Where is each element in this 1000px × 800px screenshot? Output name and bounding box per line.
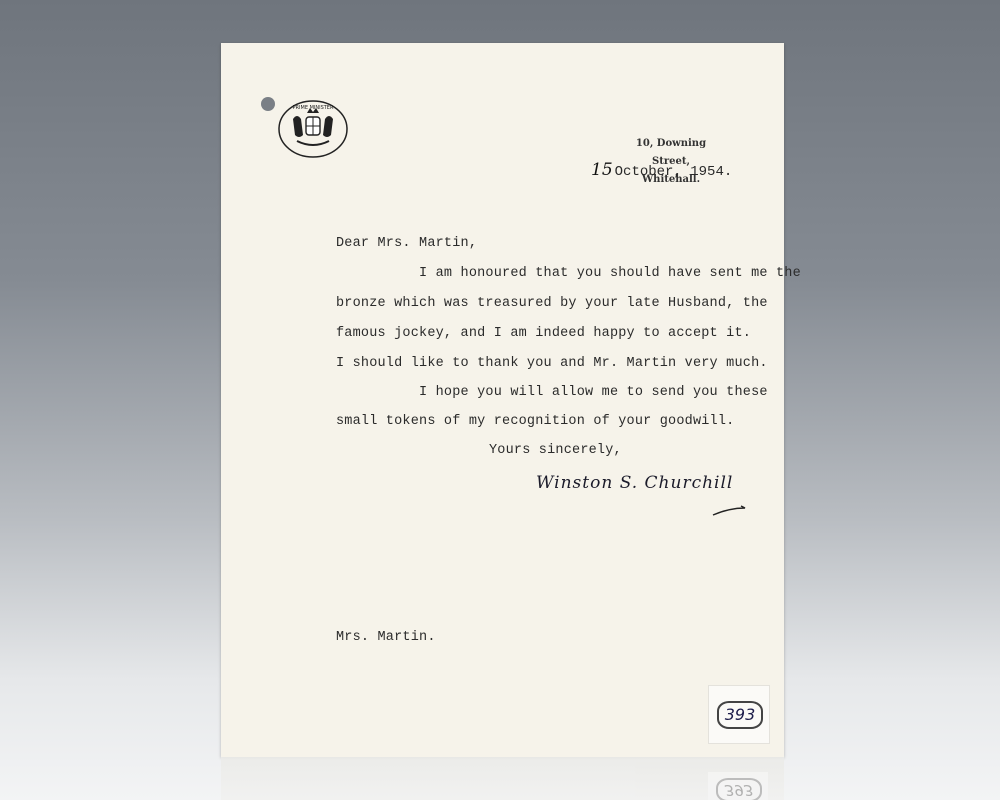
letter-paper: PRIME MINISTER 10, Downing Street, White… [221, 43, 784, 757]
date-month-year: October, 1954. [615, 164, 733, 180]
date-day-handwritten: 15 [591, 160, 613, 180]
salutation: Dear Mrs. Martin, [336, 236, 477, 251]
lot-number: 393 [717, 701, 763, 729]
body-line-4: I should like to thank you and Mr. Marti… [336, 356, 768, 371]
recipient-name: Mrs. Martin. [336, 630, 436, 645]
lot-number-reflection: 393 [716, 778, 762, 800]
body-line-5: I hope you will allow me to send you the… [336, 385, 768, 400]
lot-label-reflection: 393 [708, 772, 768, 800]
letter-date: 15October, 1954. [591, 160, 732, 180]
royal-crest-icon: PRIME MINISTER [277, 99, 349, 159]
paper-reflection: 393 [221, 757, 784, 800]
closing: Yours sincerely, [489, 443, 622, 458]
punch-hole [261, 97, 275, 111]
signature-flourish-icon [711, 505, 751, 517]
svg-text:PRIME MINISTER: PRIME MINISTER [293, 105, 334, 111]
body-line-2: bronze which was treasured by your late … [336, 296, 768, 311]
body-line-3: famous jockey, and I am indeed happy to … [336, 326, 751, 341]
body-line-1: I am honoured that you should have sent … [336, 266, 801, 281]
lot-number-label: 393 [708, 685, 770, 744]
signature: Winston S. Churchill [536, 473, 733, 493]
body-line-6: small tokens of my recognition of your g… [336, 414, 734, 429]
